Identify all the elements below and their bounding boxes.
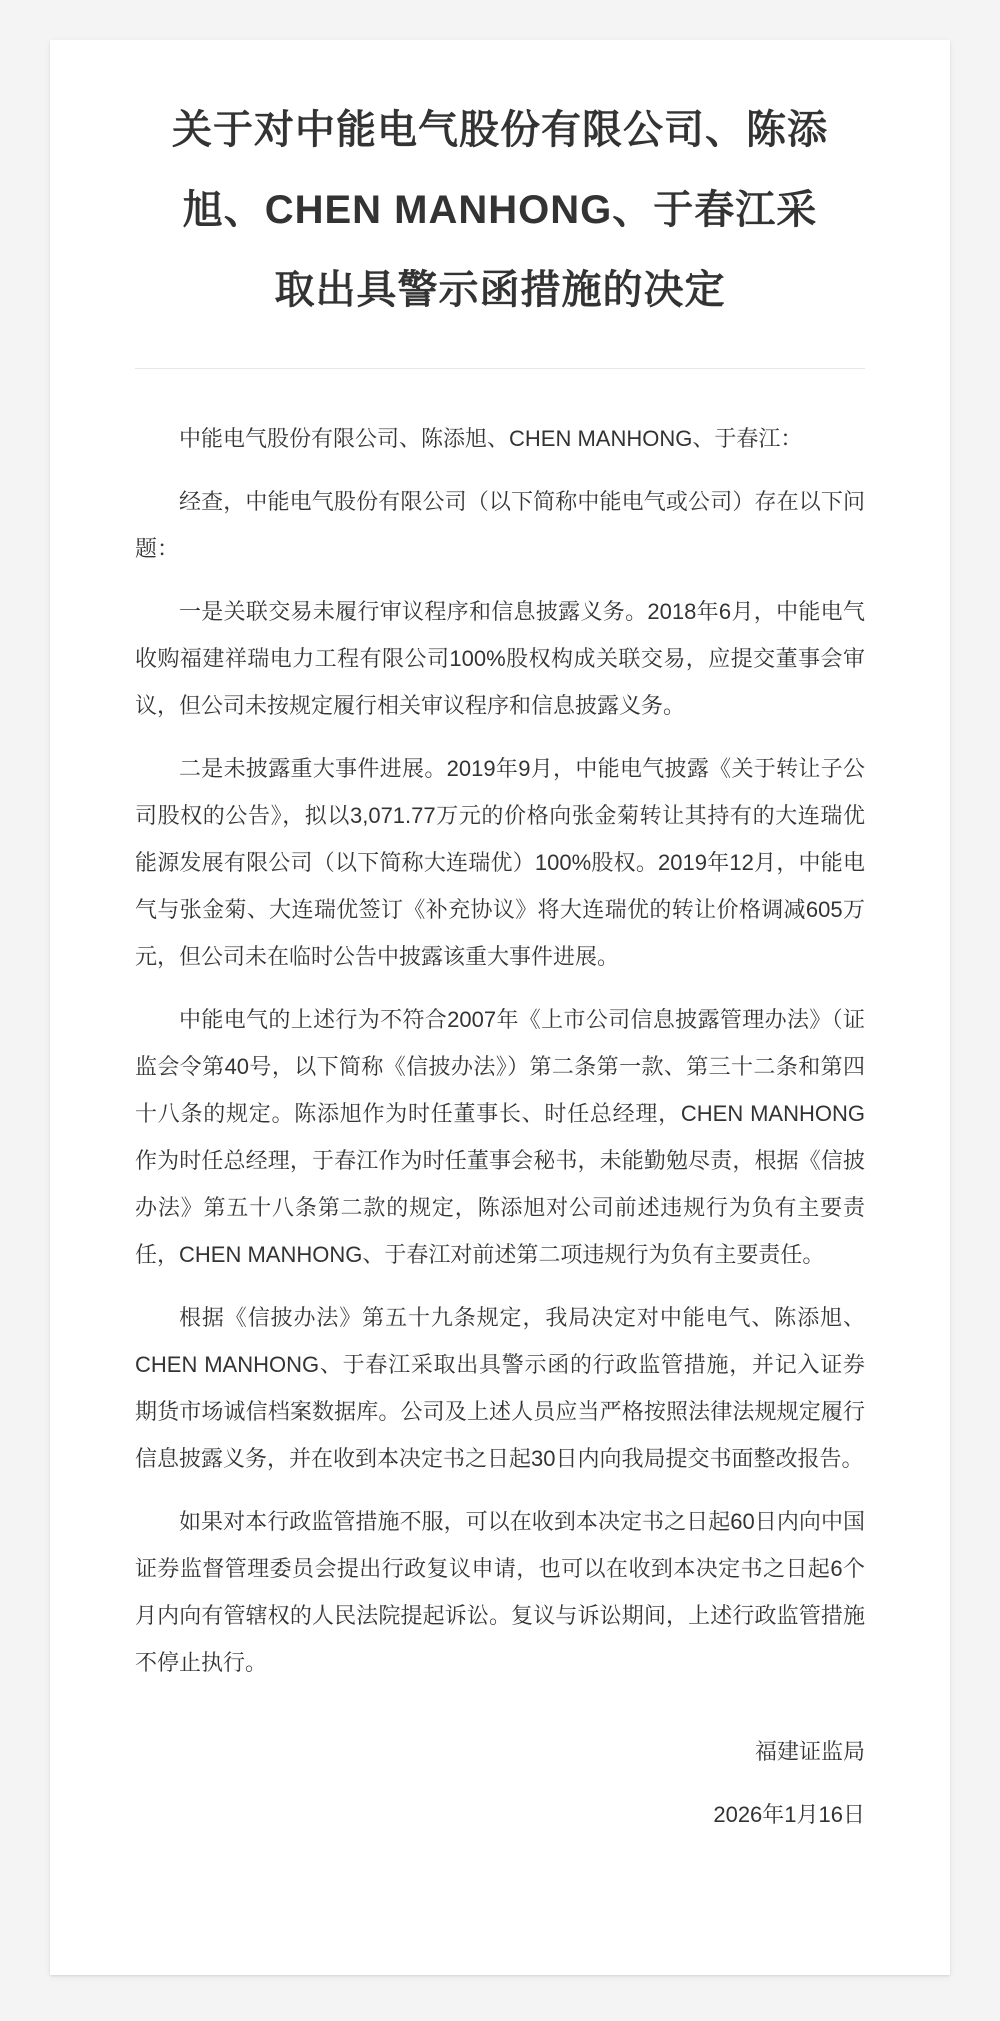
paragraph-appeal-rights: 如果对本行政监管措施不服，可以在收到本决定书之日起60日内向中国证券监督管理委员…	[135, 1498, 865, 1686]
signature-block: 福建证监局 2026年1月16日	[135, 1728, 865, 1838]
document-body: 中能电气股份有限公司、陈添旭、CHEN MANHONG、于春江： 经查，中能电气…	[135, 415, 865, 1686]
issuer-signature: 福建证监局	[135, 1728, 865, 1775]
page-background: 关于对中能电气股份有限公司、陈添 旭、CHEN MANHONG、于春江采 取出具…	[0, 0, 1000, 2021]
paragraph-issue-one: 一是关联交易未履行审议程序和信息披露义务。2018年6月，中能电气收购福建祥瑞电…	[135, 588, 865, 729]
paragraph-decision: 根据《信披办法》第五十九条规定，我局决定对中能电气、陈添旭、CHEN MANHO…	[135, 1294, 865, 1482]
paragraph-violation-basis: 中能电气的上述行为不符合2007年《上市公司信息披露管理办法》（证监会令第40号…	[135, 996, 865, 1278]
document-title: 关于对中能电气股份有限公司、陈添 旭、CHEN MANHONG、于春江采 取出具…	[135, 90, 865, 330]
paragraph-issue-two: 二是未披露重大事件进展。2019年9月，中能电气披露《关于转让子公司股权的公告》…	[135, 745, 865, 980]
document-date: 2026年1月16日	[135, 1791, 865, 1838]
paragraph-investigation-intro: 经查，中能电气股份有限公司（以下简称中能电气或公司）存在以下问题：	[135, 478, 865, 572]
title-divider	[135, 368, 865, 369]
document-title-line-3: 取出具警示函措施的决定	[135, 250, 865, 330]
paragraph-salutation: 中能电气股份有限公司、陈添旭、CHEN MANHONG、于春江：	[135, 415, 865, 462]
document-title-line-1: 关于对中能电气股份有限公司、陈添	[135, 90, 865, 170]
document-card: 关于对中能电气股份有限公司、陈添 旭、CHEN MANHONG、于春江采 取出具…	[50, 40, 950, 1975]
document-title-line-2: 旭、CHEN MANHONG、于春江采	[135, 170, 865, 250]
